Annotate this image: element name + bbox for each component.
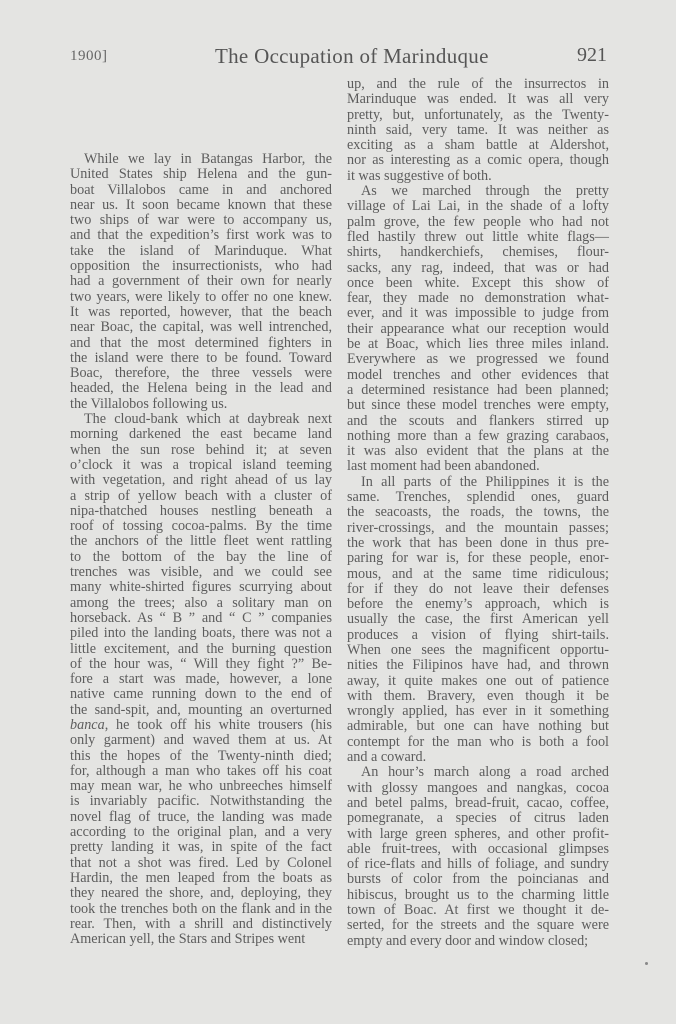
text-line: produces a vision of flying shirt-tails. <box>347 628 609 643</box>
text-line: pomegranate, a species of citrus laden <box>347 811 609 826</box>
text-line: same. Trenches, splendid ones, guard <box>347 490 609 505</box>
paragraph: up, and the rule of the insurrectos inMa… <box>347 77 609 184</box>
text-line: admirable, but one can have nothing but <box>347 719 609 734</box>
text-line: a strip of yellow beach with a cluster o… <box>70 489 332 504</box>
text-line: that not a shot was fired. Led by Colone… <box>70 856 332 871</box>
text-line: when the sun rose behind it; at seven <box>70 443 332 458</box>
header-title: The Occupation of Marinduque <box>215 44 489 69</box>
text-line: for, although a man who takes off his co… <box>70 764 332 779</box>
document-page: 1900] The Occupation of Marinduque 921 W… <box>0 0 676 1024</box>
text-line: usually the case, the first American yel… <box>347 612 609 627</box>
text-line: and betel palms, bread-fruit, cacao, cof… <box>347 796 609 811</box>
paragraph: While we lay in Batangas Harbor, theUnit… <box>70 152 332 412</box>
text-line: nor as interesting as a comic opera, tho… <box>347 153 609 168</box>
text-line: boat Villalobos came in and anchored <box>70 183 332 198</box>
text-line: took the trenches both on the flank and … <box>70 902 332 917</box>
text-line: fore a start was made, however, a lone <box>70 672 332 687</box>
text-line: the work that has been done in thus pre- <box>347 536 609 551</box>
text-line: headed, the Helena being in the lead and <box>70 381 332 396</box>
text-line: nothing more than a few grazing carabaos… <box>347 429 609 444</box>
text-line: pretty landing it was, in spite of the f… <box>70 840 332 855</box>
text-line: of rice-flats and hills of foliage, and … <box>347 857 609 872</box>
text-line: little excitement, and the burning quest… <box>70 642 332 657</box>
text-line: this the hopes of the Twenty-ninth died; <box>70 749 332 764</box>
left-column: While we lay in Batangas Harbor, theUnit… <box>70 152 332 947</box>
text-line: village of Lai Lai, in the shade of a lo… <box>347 199 609 214</box>
text-line: sacks, any rag, indeed, that was or had <box>347 261 609 276</box>
text-line: away, it quite makes one out of patience <box>347 674 609 689</box>
paragraph: An hour’s march along a road archedwith … <box>347 765 609 949</box>
text-line: able fruit-trees, with occasional glimps… <box>347 842 609 857</box>
text-line: novel flag of truce, the landing was mad… <box>70 810 332 825</box>
page-number: 921 <box>577 44 607 67</box>
text-line: many white-shirted figures scurrying abo… <box>70 580 332 595</box>
text-line: town of Boac. At first we thought it de- <box>347 903 609 918</box>
italic-word: banca <box>70 717 105 733</box>
text-line: o’clock it was a tropical island teeming <box>70 458 332 473</box>
text-line: contempt for the man who is both a fool <box>347 735 609 750</box>
text-line: morning darkened the east became land <box>70 427 332 442</box>
text-line: fear, they made no demonstration what- <box>347 291 609 306</box>
text-line: American yell, the Stars and Stripes wen… <box>70 932 332 947</box>
text-line: but since these model trenches were empt… <box>347 398 609 413</box>
text-line: As we marched through the pretty <box>347 184 609 199</box>
text-line: near us. It soon became known that these <box>70 198 332 213</box>
text-line: river-crossings, and the mountain passes… <box>347 521 609 536</box>
text-line: wrongly applied, has ever in it somethin… <box>347 704 609 719</box>
text-line: rear. Then, with a shrill and distinctiv… <box>70 917 332 932</box>
text-line: and a coward. <box>347 750 609 765</box>
text-line: nities the Filipinos have had, and throw… <box>347 658 609 673</box>
text-line: model trenches and other evidences that <box>347 368 609 383</box>
text-line: In all parts of the Philippines it is th… <box>347 475 609 490</box>
text-line: once been white. Except this show of <box>347 276 609 291</box>
text-line: Hardin, the men leaped from the boats as <box>70 871 332 886</box>
text-line: roof of tossing cocoa-palms. By the time <box>70 519 332 534</box>
text-line: a determined resistance had been planned… <box>347 383 609 398</box>
text-line: ninth said, very tame. It was neither as <box>347 123 609 138</box>
text-line: had a government of their own for nearly <box>70 274 332 289</box>
paragraph: As we marched through the prettyvillage … <box>347 184 609 475</box>
text-line: fled hastily threw out little white flag… <box>347 230 609 245</box>
text-line: paring for war is, for these people, eno… <box>347 551 609 566</box>
text-line: horseback. As “ B ” and “ C ” companies <box>70 611 332 626</box>
text-line: the seacoasts, the roads, the towns, the <box>347 505 609 520</box>
text-line: native came running down to the end of <box>70 687 332 702</box>
text-line: and that the most determined fighters in <box>70 336 332 351</box>
text-line: with them. Bravery, even though it be <box>347 689 609 704</box>
text-line: Everywhere as we progressed we found <box>347 352 609 367</box>
text-line: before the enemy’s approach, which is <box>347 597 609 612</box>
text-line: An hour’s march along a road arched <box>347 765 609 780</box>
right-column: up, and the rule of the insurrectos inMa… <box>347 77 609 949</box>
text-line: last moment had been abandoned. <box>347 459 609 474</box>
text-line: be at Boac, which lies three miles inlan… <box>347 337 609 352</box>
text-line: is invariably pacific. Notwithstanding t… <box>70 794 332 809</box>
text-line: hibiscus, brought us to the charming lit… <box>347 888 609 903</box>
text-line: piled into the landing boats, there was … <box>70 626 332 641</box>
text-line: according to the original plan, and a ve… <box>70 825 332 840</box>
text-line: nipa-thatched houses nestling beneath a <box>70 504 332 519</box>
text-line: to the bottom of the bay the line of <box>70 550 332 565</box>
text-line: two ships of war were to accompany us, <box>70 213 332 228</box>
text-line: pretty, but, unfortunately, as the Twent… <box>347 108 609 123</box>
paragraph: The cloud-bank which at daybreak nextmor… <box>70 412 332 947</box>
text-line: trenches was visible, and we could see <box>70 565 332 580</box>
text-line: palm grove, the few people who had not <box>347 215 609 230</box>
text-line: with glossy mangoes and nangkas, cocoa <box>347 781 609 796</box>
text-line: the anchors of the little fleet went rat… <box>70 534 332 549</box>
text-line: While we lay in Batangas Harbor, the <box>70 152 332 167</box>
text-line: empty and every door and window closed; <box>347 934 609 949</box>
text-line: of the hour was, “ Will they fight ?” Be… <box>70 657 332 672</box>
text-line: serted, for the streets and the square w… <box>347 918 609 933</box>
text-line: Marinduque was ended. It was all very <box>347 92 609 107</box>
text-line: take the island of Marinduque. What <box>70 244 332 259</box>
text-line: with large green spheres, and other prof… <box>347 827 609 842</box>
text-line: among the trees; also a solitary man on <box>70 596 332 611</box>
text-line: the island were there to be found. Towar… <box>70 351 332 366</box>
text-line: exciting as a sham battle at Aldershot, <box>347 138 609 153</box>
text-line: The cloud-bank which at daybreak next <box>70 412 332 427</box>
text-line: the sand-spit, and, mounting an overturn… <box>70 703 332 718</box>
text-line: with vegetation, and right ahead of us l… <box>70 473 332 488</box>
text-line: United States ship Helena and the gun- <box>70 167 332 182</box>
text-line: When one sees the magnificent opportu- <box>347 643 609 658</box>
text-line: it was suggestive of both. <box>347 169 609 184</box>
text-line: up, and the rule of the insurrectos in <box>347 77 609 92</box>
text-line: ever, and it was impossible to judge fro… <box>347 306 609 321</box>
header-year: 1900] <box>70 48 108 65</box>
paragraph: In all parts of the Philippines it is th… <box>347 475 609 766</box>
text-line: It was reported, however, that the beach <box>70 305 332 320</box>
text-line: opposition the insurrectionists, who had <box>70 259 332 274</box>
text-line: may mean war, he who unbreeches himself <box>70 779 332 794</box>
text-line: Boac, therefore, the three vessels were <box>70 366 332 381</box>
text-line: for if they do not leave their defenses <box>347 582 609 597</box>
text-line: mous, and at the same time ridiculous; <box>347 567 609 582</box>
text-line: and that the expedition’s first work was… <box>70 228 332 243</box>
paper-speck <box>645 962 648 965</box>
text-line: their appearance what our reception woul… <box>347 322 609 337</box>
text-line: and the scouts and flankers stirred up <box>347 414 609 429</box>
text-line: it was also evident that the plans at th… <box>347 444 609 459</box>
text-line: the Villalobos following us. <box>70 397 332 412</box>
text-line: only garment) and waved them at us. At <box>70 733 332 748</box>
text-line: bursts of color from the poincianas and <box>347 872 609 887</box>
text-line: banca, he took off his white trousers (h… <box>70 718 332 733</box>
text-line: shirts, handkerchiefs, chemises, flour- <box>347 245 609 260</box>
text-line: they neared the shore, and, deploying, t… <box>70 886 332 901</box>
running-header: 1900] The Occupation of Marinduque 921 <box>70 44 610 68</box>
text-line: near Boac, the capital, was well intrenc… <box>70 320 332 335</box>
text-line: two years, were likely to offer no one k… <box>70 290 332 305</box>
